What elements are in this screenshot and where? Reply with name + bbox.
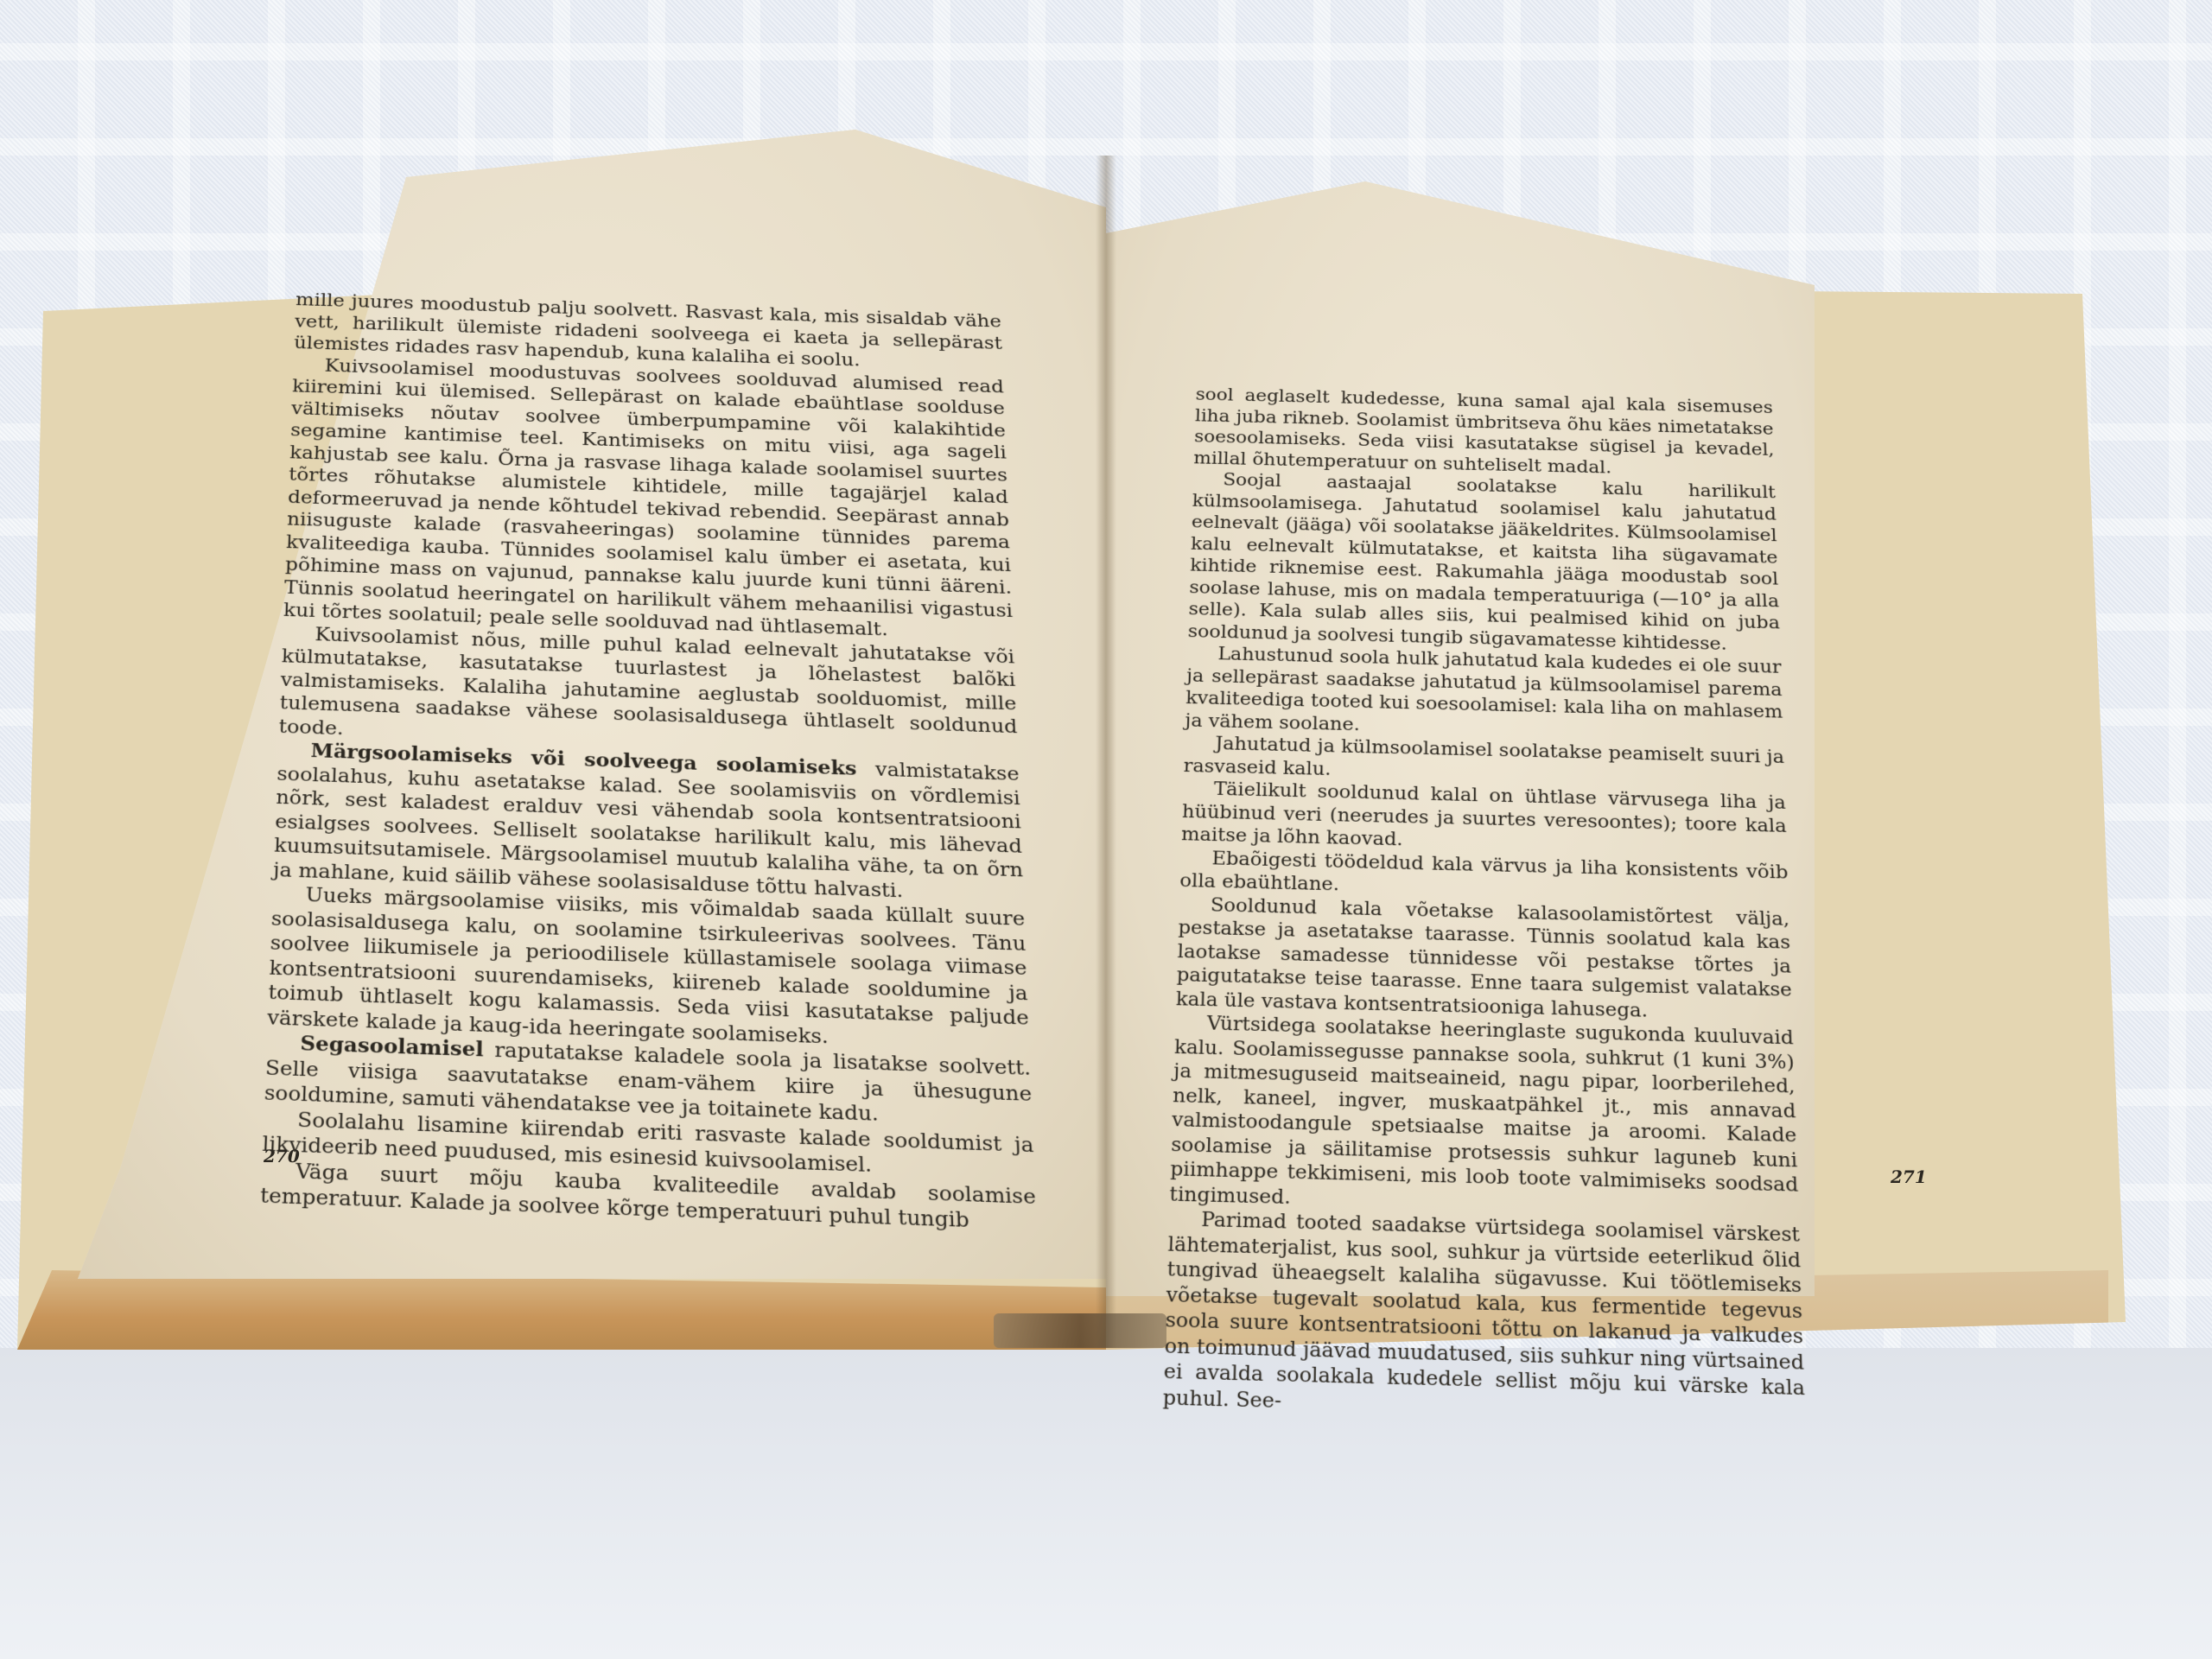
open-book: mille juures moodustub palju soolvett. R… (0, 0, 2212, 1659)
paragraph: Märgsoolamiseks või soolveega soolamisek… (273, 738, 1025, 906)
spine (994, 1313, 1166, 1348)
page-number-right: 271 (1891, 1166, 1927, 1187)
paragraph: Parimad tooted saadakse vürtsidega soola… (1162, 1206, 1806, 1427)
paragraph: Lahustunud soola hulk jahutatud kala kud… (1185, 642, 1783, 746)
book-gutter (1096, 156, 1116, 1348)
paragraph: Kuivsoolamisel moodustuvas soolvees sool… (283, 353, 1014, 645)
right-page-text: sool aeglaselt kudedesse, kuna samal aja… (1162, 384, 1806, 1427)
paragraph: Uueks märgsoolamise viisiks, mis võimald… (267, 881, 1031, 1056)
left-page-text: mille juures moodustub palju soolvett. R… (260, 289, 1038, 1236)
paragraph: Soojal aastaajal soolatakse kalu harilik… (1187, 468, 1781, 656)
paragraph: Vürtsidega soolatakse heeringlaste suguk… (1169, 1011, 1800, 1223)
page-number-left: 270 (264, 1146, 300, 1166)
paragraph: sool aeglaselt kudedesse, kuna samal aja… (1193, 384, 1776, 481)
paragraph: Sooldunud kala võetakse kalasoolamistõrt… (1175, 893, 1793, 1027)
